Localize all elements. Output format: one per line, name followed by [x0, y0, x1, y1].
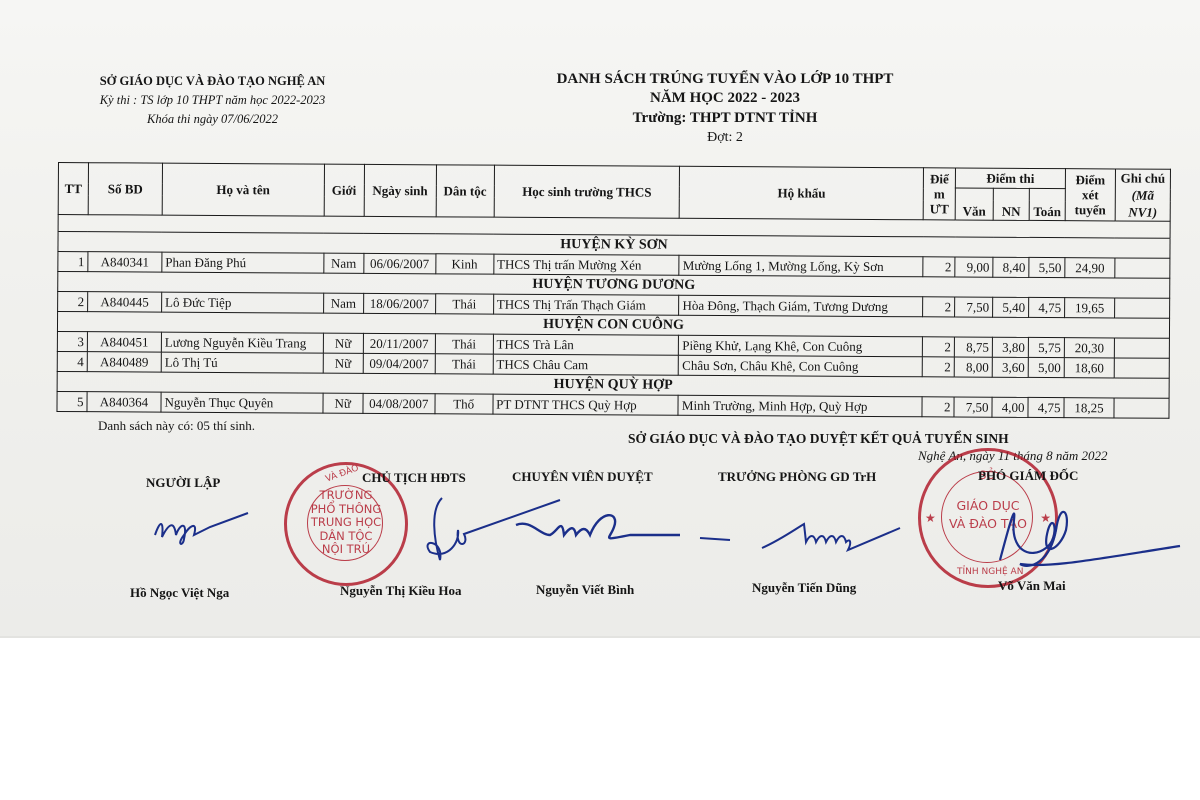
col-gender: Giới: [324, 164, 364, 216]
cell-residence: Minh Trường, Minh Hợp, Quỳ Hợp: [678, 395, 922, 416]
total-label-3: tuyển: [1069, 202, 1112, 217]
department-name: SỞ GIÁO DỤC VÀ ĐÀO TẠO NGHỆ AN: [60, 72, 365, 91]
candidate-count: Danh sách này có: 05 thí sinh.: [98, 418, 255, 434]
stamp-line: TRUNG HỌC: [287, 516, 405, 530]
cell-sbd: A840451: [87, 332, 161, 352]
note-label-1: Ghi chú: [1119, 169, 1167, 186]
col-nn: NN: [993, 188, 1029, 220]
cell-total: 18,60: [1064, 358, 1114, 378]
cell-nn: 4,00: [992, 397, 1028, 417]
cell-ethnicity: Thái: [435, 294, 493, 314]
priority-label-3: ƯT: [927, 201, 952, 216]
cell-van: 8,75: [954, 337, 992, 357]
signatory-title: NGƯỜI LẬP: [146, 475, 220, 491]
col-note: Ghi chú (Mã NV1): [1115, 169, 1170, 221]
cell-priority: 2: [923, 297, 955, 317]
cell-priority: 2: [922, 397, 954, 417]
header-left: SỞ GIÁO DỤC VÀ ĐÀO TẠO NGHỆ AN Kỳ thi : …: [60, 72, 365, 129]
total-label-1: Điểm: [1069, 172, 1112, 187]
cell-residence: Mường Lống 1, Mường Lống, Kỳ Sơn: [679, 255, 923, 276]
cell-van: 9,00: [955, 257, 993, 277]
admission-table: TT Số BD Họ và tên Giới Ngày sinh Dân tộ…: [56, 162, 1171, 419]
cell-toan: 4,75: [1028, 397, 1064, 417]
col-toan: Toán: [1029, 188, 1065, 220]
col-total: Điểm xét tuyển: [1065, 169, 1115, 221]
cell-school: THCS Trà Lân: [493, 334, 679, 355]
col-van: Văn: [955, 188, 993, 220]
cell-dob: 06/06/2007: [364, 253, 436, 273]
cell-toan: 5,00: [1028, 357, 1064, 377]
col-residence: Hộ khẩu: [680, 166, 924, 219]
cell-nn: 8,40: [993, 257, 1029, 277]
cell-nn: 3,60: [992, 357, 1028, 377]
admission-round: Đợt: 2: [490, 128, 960, 148]
cell-tt: 2: [58, 292, 88, 312]
cell-note: [1115, 298, 1170, 318]
cell-sbd: A840445: [88, 292, 162, 312]
signature-icon: [990, 490, 1190, 580]
cell-total: 18,25: [1064, 398, 1114, 418]
priority-label-1: Điể: [927, 171, 952, 186]
cell-toan: 5,50: [1029, 257, 1065, 277]
signatory-title: PHÓ GIÁM ĐỐC: [978, 468, 1078, 484]
signatory-name: Nguyễn Viết Bình: [536, 582, 634, 598]
signature-icon: [150, 505, 260, 550]
cell-gender: Nam: [323, 293, 363, 313]
cell-total: 19,65: [1065, 298, 1115, 318]
cell-nn: 5,40: [993, 297, 1029, 317]
cell-total: 24,90: [1065, 258, 1115, 278]
cell-tt: 5: [57, 391, 87, 411]
cell-name: Lương Nguyễn Kiều Trang: [161, 332, 323, 353]
signature-icon: [510, 505, 690, 560]
school-name: Trường: THPT DTNT TỈNH: [490, 108, 960, 128]
col-dob: Ngày sinh: [364, 164, 436, 216]
col-ethnicity: Dân tộc: [436, 165, 494, 217]
signature-icon: [700, 520, 910, 560]
exam-name: Kỳ thi : TS lớp 10 THPT năm học 2022-202…: [60, 91, 365, 110]
school-stamp-text: TRƯỜNG PHỔ THÔNG TRUNG HỌC DÂN TỘC NỘI T…: [287, 489, 405, 557]
stamp-line: TRƯỜNG: [287, 489, 405, 503]
col-school: Học sinh trường THCS: [494, 165, 680, 218]
cell-gender: Nữ: [323, 353, 363, 373]
signatory-title: CHỦ TỊCH HĐTS: [362, 470, 466, 486]
signatory-title: TRƯỞNG PHÒNG GD TrH: [718, 469, 876, 485]
cell-name: Nguyễn Thục Quyên: [161, 392, 323, 413]
school-year: NĂM HỌC 2022 - 2023: [490, 89, 960, 108]
signatory-title: CHUYÊN VIÊN DUYỆT: [512, 469, 653, 485]
cell-van: 7,50: [955, 297, 993, 317]
document-title: DANH SÁCH TRÚNG TUYỂN VÀO LỚP 10 THPT: [490, 70, 960, 89]
cell-ethnicity: Thổ: [435, 394, 493, 414]
cell-van: 7,50: [954, 397, 992, 417]
stamp-ring-text: VÀ ĐÀO: [324, 463, 360, 484]
cell-residence: Hòa Đông, Thạch Giám, Tương Dương: [679, 295, 923, 316]
signatory-name: Hồ Ngọc Việt Nga: [130, 585, 229, 601]
cell-van: 8,00: [954, 357, 992, 377]
table-body: HUYỆN KỲ SƠN1A840341Phan Đăng PhúNam06/0…: [57, 232, 1170, 419]
cell-school: THCS Thị Trấn Thạch Giám: [493, 294, 679, 315]
cell-gender: Nam: [324, 253, 364, 273]
cell-gender: Nữ: [323, 333, 363, 353]
paper-edge: [0, 636, 1200, 638]
cell-dob: 18/06/2007: [363, 293, 435, 313]
cell-name: Lô Đức Tiệp: [162, 292, 324, 313]
cell-note: [1114, 358, 1169, 378]
signatory-name: Nguyễn Thị Kiều Hoa: [340, 583, 461, 599]
cell-note: [1114, 398, 1169, 418]
cell-ethnicity: Thái: [435, 354, 493, 374]
cell-sbd: A840364: [87, 392, 161, 412]
cell-school: THCS Châu Cam: [493, 354, 679, 375]
approval-heading: SỞ GIÁO DỤC VÀ ĐÀO TẠO DUYỆT KẾT QUẢ TUY…: [628, 431, 1009, 447]
col-sbd: Số BD: [88, 163, 162, 215]
stamp-line: DÂN TỘC: [287, 530, 405, 544]
cell-tt: 1: [58, 252, 88, 272]
cell-name: Lô Thị Tú: [161, 352, 323, 373]
cell-dob: 09/04/2007: [363, 353, 435, 373]
header-center: DANH SÁCH TRÚNG TUYỂN VÀO LỚP 10 THPT NĂ…: [490, 70, 960, 148]
stamp-line: NỘI TRÚ: [287, 543, 405, 557]
signatory-name: Nguyễn Tiến Dũng: [752, 580, 856, 596]
cell-ethnicity: Kinh: [436, 254, 494, 274]
signatory-name: Võ Văn Mai: [998, 578, 1066, 594]
cell-priority: 2: [923, 257, 955, 277]
col-priority: Điể m ƯT: [923, 168, 955, 220]
cell-sbd: A840341: [88, 252, 162, 272]
cell-sbd: A840489: [87, 352, 161, 372]
cell-priority: 2: [922, 357, 954, 377]
cell-nn: 3,80: [992, 337, 1028, 357]
cell-note: [1115, 258, 1170, 278]
cell-residence: Châu Sơn, Châu Khê, Con Cuông: [679, 355, 923, 376]
col-name: Họ và tên: [162, 163, 324, 216]
cell-toan: 4,75: [1029, 297, 1065, 317]
cell-school: THCS Thị trấn Mường Xén: [493, 254, 679, 275]
priority-label-2: m: [927, 186, 952, 201]
stamp-line: PHỔ THÔNG: [287, 503, 405, 517]
note-label-2: (Mã NV1): [1128, 188, 1157, 220]
total-label-2: xét: [1069, 187, 1112, 202]
cell-note: [1114, 338, 1169, 358]
col-tt: TT: [58, 163, 88, 215]
cell-tt: 4: [57, 351, 87, 371]
cell-toan: 5,75: [1028, 337, 1064, 357]
exam-date: Khóa thi ngày 07/06/2022: [60, 110, 365, 129]
cell-gender: Nữ: [323, 393, 363, 413]
cell-total: 20,30: [1064, 338, 1114, 358]
col-scores-group: Điểm thi: [955, 168, 1065, 189]
cell-residence: Piềng Khử, Lạng Khê, Con Cuông: [679, 335, 923, 356]
cell-dob: 20/11/2007: [363, 333, 435, 353]
cell-name: Phan Đăng Phú: [162, 252, 324, 273]
cell-tt: 3: [57, 331, 87, 351]
cell-ethnicity: Thái: [435, 334, 493, 354]
cell-school: PT DTNT THCS Quỳ Hợp: [493, 394, 679, 415]
cell-dob: 04/08/2007: [363, 393, 435, 413]
star-icon: ★: [925, 511, 936, 525]
cell-priority: 2: [922, 337, 954, 357]
